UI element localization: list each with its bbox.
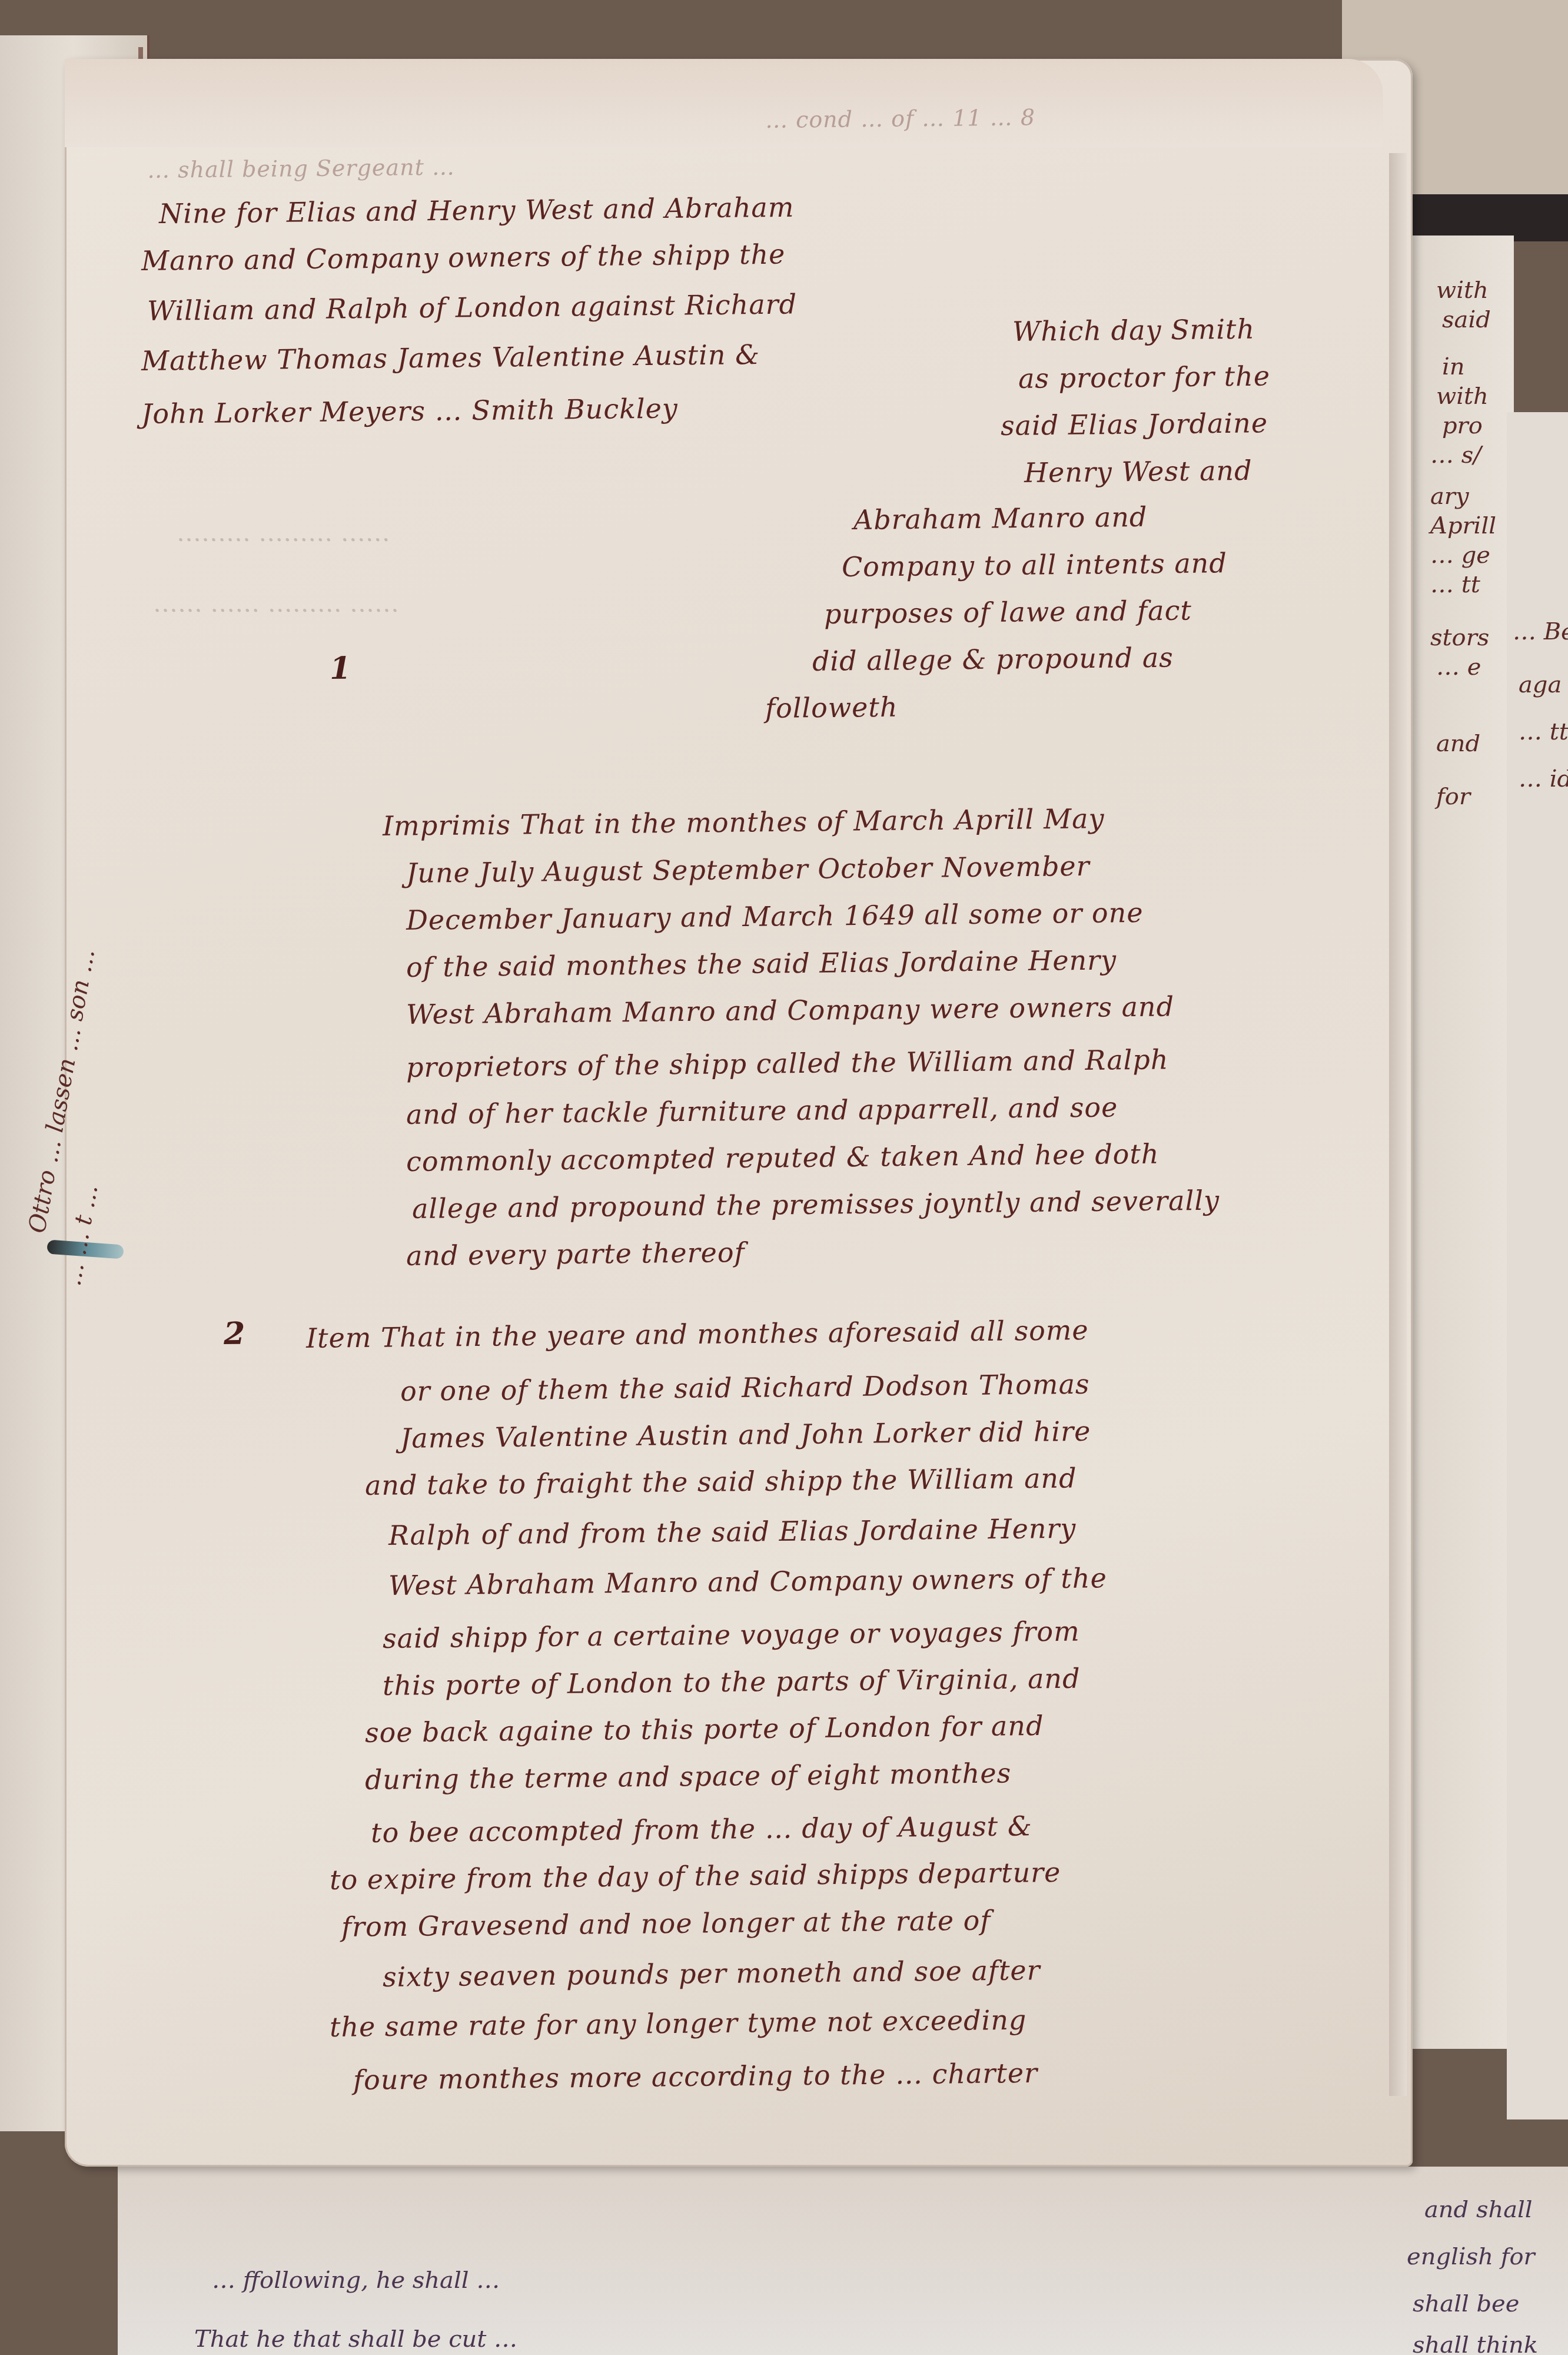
article-1-line: of the said monthes the said Elias Jorda…	[406, 946, 1117, 981]
right-page-fragment: aga	[1519, 671, 1562, 698]
preamble-right-line: Which day Smith	[1012, 316, 1255, 345]
preamble-right-line: Abraham Manro and	[853, 503, 1148, 533]
preamble-right-line: did allege & propound as	[812, 644, 1174, 675]
bleed-through-text: …… ……… ………	[177, 518, 390, 547]
right-page-fragment: said	[1442, 306, 1491, 333]
article-1-line: and every parte thereof	[406, 1239, 745, 1269]
preamble-right-line: said Elias Jordaine	[1001, 409, 1268, 439]
preamble-line: Matthew Thomas James Valentine Austin &	[141, 341, 760, 374]
right-page-fragment: pro	[1442, 412, 1483, 439]
preamble-right-line: followeth	[765, 694, 898, 722]
article-2-line: foure monthes more according to the … ch…	[353, 2059, 1038, 2094]
article-number: 1	[330, 654, 352, 684]
right-page-fragment: … tt	[1519, 718, 1568, 745]
article-1-line: allege and propound the premisses joyntl…	[412, 1187, 1220, 1222]
right-page-fragment: with	[1436, 277, 1489, 304]
article-1-line: June July August September October Novem…	[406, 853, 1090, 887]
right-page-fragment: Aprill	[1430, 512, 1496, 539]
article-2-line: Ralph of and from the said Elias Jordain…	[388, 1515, 1077, 1549]
header-top-right-note: … cond … of … 11 … 8	[765, 106, 1035, 131]
article-1-line: commonly accompted reputed & taken And h…	[406, 1140, 1160, 1175]
article-2-line: said shipp for a certaine voyage or voya…	[383, 1618, 1080, 1652]
right-page-fragment: … id	[1519, 765, 1568, 792]
bottom-page-fragment: and shall	[1424, 2196, 1533, 2223]
right-page-fragment: … Be	[1513, 618, 1568, 645]
article-2-line: West Abraham Manro and Company owners of…	[388, 1564, 1107, 1599]
article-1-line: December January and March 1649 all some…	[406, 899, 1144, 934]
preamble-line: Manro and Company owners of the shipp th…	[141, 241, 786, 274]
article-1-line: West Abraham Manro and Company were owne…	[406, 993, 1175, 1028]
right-page-fragment: with	[1436, 383, 1489, 410]
bottom-page-fragment: … ffollowing, he shall …	[212, 2267, 500, 2294]
article-2-line: this porte of London to the parts of Vir…	[383, 1665, 1081, 1699]
preamble-line: John Lorker Meyers … Smith Buckley	[141, 394, 678, 427]
article-2-line: the same rate for any longer tyme not ex…	[330, 2006, 1027, 2041]
preamble-line: Nine for Elias and Henry West and Abraha…	[159, 194, 795, 227]
right-page-fragment: … s/	[1430, 442, 1481, 469]
article-2-line: sixty seaven pounds per moneth and soe a…	[383, 1956, 1041, 1991]
article-1-line: proprietors of the shipp called the Will…	[406, 1046, 1169, 1081]
bleed-through-text: …… ……… …… ……	[153, 589, 399, 618]
article-2-line: or one of them the said Richard Dodson T…	[400, 1371, 1090, 1405]
right-page-fragment: … tt	[1430, 571, 1480, 598]
preamble-line: William and Ralph of London against Rich…	[147, 290, 798, 324]
header-top-line: … shall being Sergeant …	[147, 156, 455, 181]
article-1-line: and of her tackle furniture and apparrel…	[406, 1093, 1118, 1128]
right-page-fragment: stors	[1430, 624, 1489, 651]
preamble-right-line: purposes of lawe and fact	[824, 596, 1192, 628]
preamble-right-line: as proctor for the	[1018, 363, 1270, 392]
page-edge	[1389, 153, 1407, 2096]
article-2-line: during the terme and space of eight mont…	[365, 1760, 1012, 1793]
article-number: 2	[224, 1319, 246, 1349]
article-2-line: soe back againe to this porte of London …	[365, 1712, 1044, 1746]
right-page-fragment: in	[1442, 353, 1465, 380]
right-page-fragment: … e	[1436, 654, 1481, 681]
article-2-line: Item That in the yeare and monthes afore…	[306, 1316, 1089, 1352]
bottom-page-fragment: english for	[1407, 2243, 1535, 2270]
background-shadow	[1413, 194, 1568, 241]
article-2-line: to bee accompted from the … day of Augus…	[371, 1812, 1032, 1846]
right-page-fragment: ary	[1430, 483, 1469, 510]
preamble-right-line: Company to all intents and	[842, 549, 1227, 581]
right-page-fragment: for	[1436, 783, 1470, 810]
article-2-line: and take to fraight the said shipp the W…	[365, 1464, 1077, 1499]
article-2-line: James Valentine Austin and John Lorker d…	[400, 1418, 1091, 1452]
article-1-line: Imprimis That in the monthes of March Ap…	[383, 805, 1105, 840]
bottom-page-fragment: shall think	[1413, 2331, 1538, 2355]
right-page-fragment: … ge	[1430, 542, 1490, 569]
page-top-fold	[65, 59, 1383, 147]
right-underlying-page-2	[1507, 412, 1568, 2119]
preamble-right-line: Henry West and	[1024, 457, 1253, 486]
bottom-page-fragment: That he that shall be cut …	[194, 2326, 517, 2353]
article-2-line: to expire from the day of the said shipp…	[330, 1859, 1061, 1893]
bottom-page-fragment: shall bee	[1413, 2290, 1519, 2317]
article-2-line: from Gravesend and noe longer at the rat…	[341, 1906, 991, 1941]
right-page-fragment: and	[1436, 730, 1480, 757]
